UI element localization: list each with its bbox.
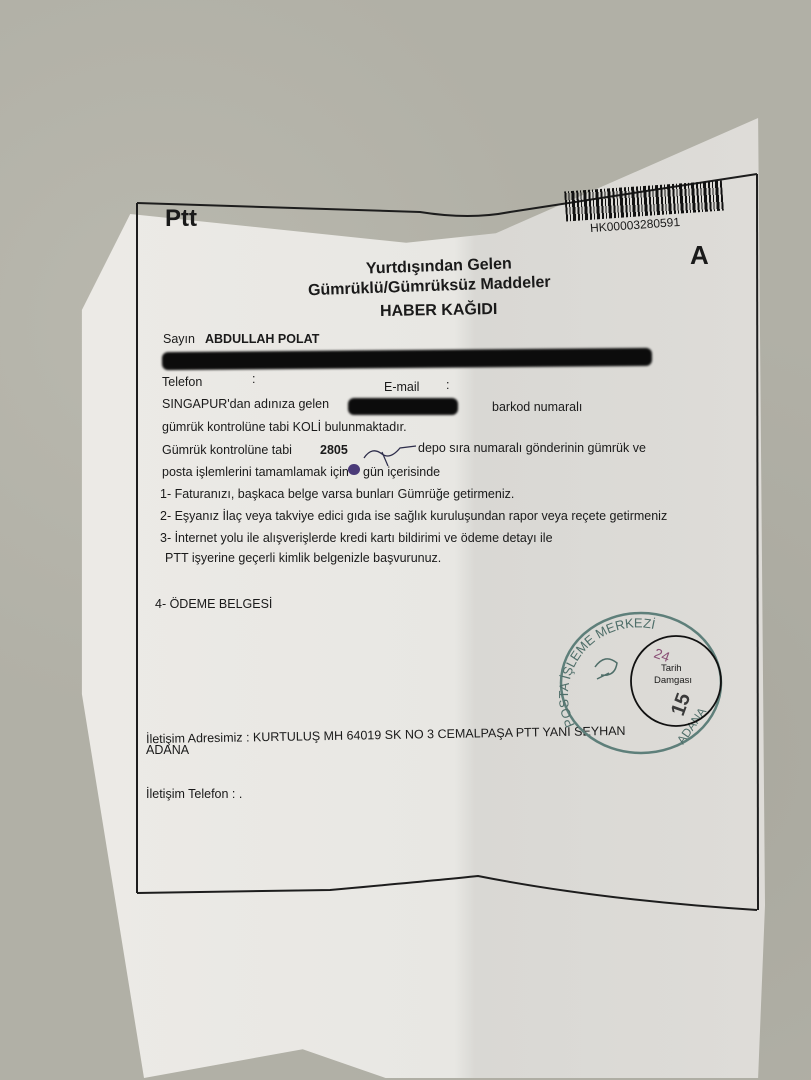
instruction-4: 4- ÖDEME BELGESİ (155, 597, 272, 611)
barcode-suffix: barkod numaralı (492, 400, 582, 414)
title-line-3: HABER KAĞIDI (380, 301, 498, 321)
days-suffix: gün içerisinde (363, 465, 440, 479)
contact-address-city: ADANA (146, 743, 189, 757)
instruction-2: 2- Eşyanız İlaç veya takviye edici gıda … (160, 509, 667, 523)
recipient-name: ABDULLAH POLAT (205, 332, 319, 346)
salutation-label: Sayın (163, 332, 195, 346)
stamp-ring-text: POSTA İŞLEME MERKEZİ (556, 615, 657, 730)
svg-text:POSTA İŞLEME MERKEZİ: POSTA İŞLEME MERKEZİ (556, 615, 657, 730)
phone-colon: : (252, 372, 255, 386)
ink-blot (348, 464, 360, 475)
phone-label: Telefon (162, 375, 202, 389)
redacted-barcode-value (348, 398, 458, 415)
contact-phone: İletişim Telefon : . (146, 787, 242, 801)
origin-text: SINGAPUR'dan adınıza gelen (162, 397, 329, 411)
ptt-logo: Ptt (165, 205, 197, 233)
customs-suffix: depo sıra numaralı gönderinin gümrük ve (418, 441, 646, 455)
form-letter: A (690, 240, 709, 271)
koli-text: gümrük kontrolüne tabi KOLİ bulunmaktadı… (162, 420, 407, 434)
depot-number: 2805 (320, 443, 348, 457)
email-label: E-mail (384, 380, 419, 394)
days-prefix: posta işlemlerini tamamlamak için (162, 465, 349, 479)
customs-prefix: Gümrük kontrolüne tabi (162, 443, 292, 457)
instruction-3-cont: PTT işyerine geçerli kimlik belgenizle b… (165, 551, 441, 565)
instruction-1: 1- Faturanızı, başkaca belge varsa bunla… (160, 487, 514, 501)
stamp-inner-line1: Tarih (661, 663, 682, 674)
email-colon: : (446, 378, 449, 392)
stamp-inner-line2: Damgası (654, 675, 692, 686)
instruction-3: 3- İnternet yolu ile alışverişlerde kred… (160, 531, 553, 545)
postal-stamp: POSTA İŞLEME MERKEZİ ADANA Tarih Damgası… (555, 605, 727, 755)
